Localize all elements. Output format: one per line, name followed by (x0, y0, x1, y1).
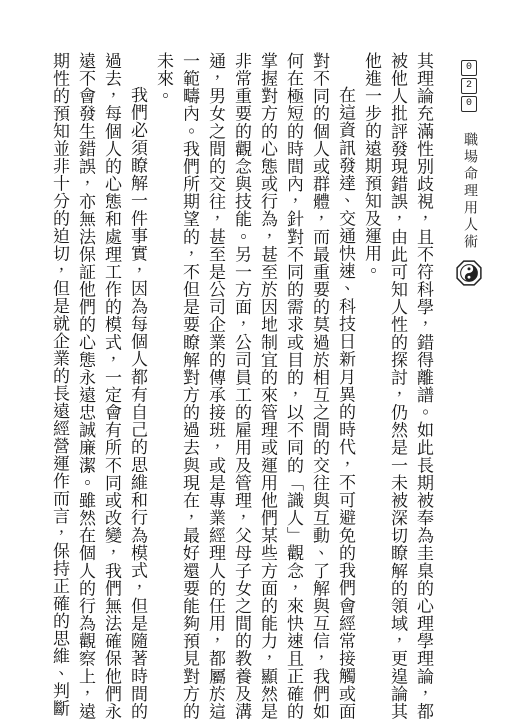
page-body: 其理論充滿性別歧視，且不符科學，錯得離譜。如此長期被奉為圭臬的心理學理論，都被他… (44, 52, 436, 720)
book-title: 職場命理用人術 (459, 132, 479, 251)
running-head: 0 2 0 職場命理用人術 (454, 60, 484, 286)
paragraph-1: 其理論充滿性別歧視，且不符科學，錯得離譜。如此長期被奉為圭臬的心理學理論，都被他… (358, 52, 436, 720)
page-number-digit: 2 (461, 78, 477, 94)
page-number-digit: 0 (461, 96, 477, 112)
page-number: 0 2 0 (461, 60, 477, 112)
book-page: 0 2 0 職場命理用人術 其理論充滿性別歧視，且不符科學，錯得離譜。如此長期被… (0, 0, 528, 726)
yinyang-icon (456, 260, 482, 286)
paragraph-3: 我們必須瞭解一件事實，因為每個人都有自己的思維和行為模式，但是隨著時間的過去，每… (46, 52, 150, 720)
paragraph-2: 在這資訊發達、交通快速、科技日新月異的時代，不可避免的我們會經常接觸或面對不同的… (150, 52, 358, 720)
page-number-digit: 0 (461, 60, 477, 76)
